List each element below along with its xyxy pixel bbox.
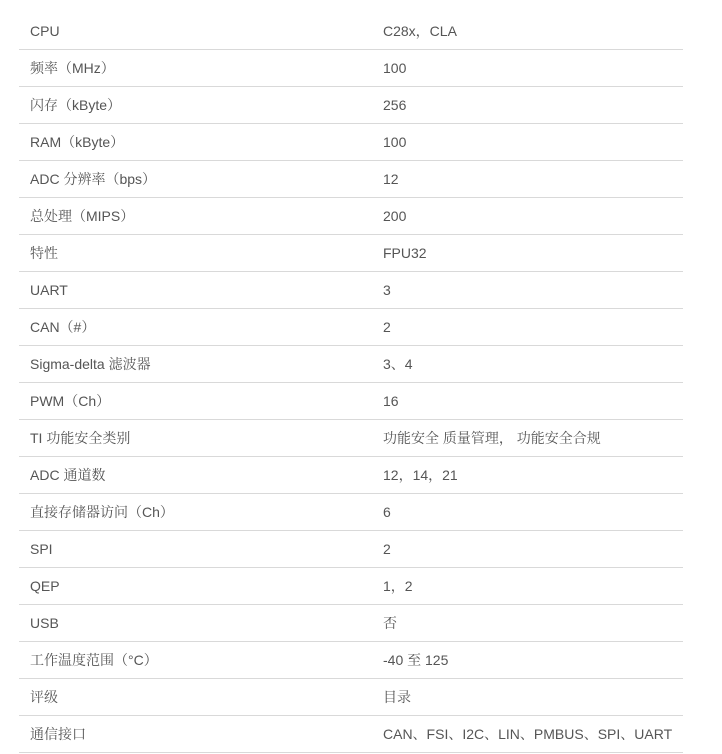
spec-row-can: CAN（#） 2 bbox=[19, 309, 683, 346]
spec-row-features: 特性 FPU32 bbox=[19, 235, 683, 272]
spec-row-usb: USB 否 bbox=[19, 605, 683, 642]
spec-value: 16 bbox=[383, 393, 683, 409]
spec-value: FPU32 bbox=[383, 245, 683, 261]
spec-label: 总处理（MIPS） bbox=[19, 206, 383, 226]
spec-row-uart: UART 3 bbox=[19, 272, 683, 309]
specs-table: CPU C28x，CLA 频率（MHz） 100 闪存（kByte） 256 R… bbox=[19, 0, 683, 753]
spec-row-dma: 直接存储器访问（Ch） 6 bbox=[19, 494, 683, 531]
spec-label: USB bbox=[19, 615, 383, 631]
spec-label: 直接存储器访问（Ch） bbox=[19, 502, 383, 522]
spec-row-ram: RAM（kByte） 100 bbox=[19, 124, 683, 161]
spec-value: CAN、FSI、I2C、LIN、PMBUS、SPI、UART bbox=[383, 724, 683, 744]
spec-value: 100 bbox=[383, 60, 683, 76]
spec-label: Sigma-delta 滤波器 bbox=[19, 354, 383, 374]
spec-row-adc-channels: ADC 通道数 12，14，21 bbox=[19, 457, 683, 494]
spec-value: 否 bbox=[383, 613, 683, 633]
spec-row-qep: QEP 1，2 bbox=[19, 568, 683, 605]
spec-row-cpu: CPU C28x，CLA bbox=[19, 13, 683, 50]
spec-value: 功能安全 质量管理， 功能安全合规 bbox=[383, 428, 683, 448]
spec-value: 2 bbox=[383, 319, 683, 335]
spec-label: PWM（Ch） bbox=[19, 391, 383, 411]
spec-label: ADC 通道数 bbox=[19, 465, 383, 485]
spec-row-flash: 闪存（kByte） 256 bbox=[19, 87, 683, 124]
spec-label: SPI bbox=[19, 541, 383, 557]
spec-row-total-processing: 总处理（MIPS） 200 bbox=[19, 198, 683, 235]
spec-value: 200 bbox=[383, 208, 683, 224]
spec-row-ti-functional-safety: TI 功能安全类别 功能安全 质量管理， 功能安全合规 bbox=[19, 420, 683, 457]
spec-label: 频率（MHz） bbox=[19, 58, 383, 78]
spec-label: 闪存（kByte） bbox=[19, 95, 383, 115]
spec-label: TI 功能安全类别 bbox=[19, 428, 383, 448]
spec-row-adc-resolution: ADC 分辨率（bps） 12 bbox=[19, 161, 683, 198]
spec-label: 通信接口 bbox=[19, 724, 383, 744]
spec-label: CAN（#） bbox=[19, 317, 383, 337]
spec-value: 3 bbox=[383, 282, 683, 298]
spec-value: 3、4 bbox=[383, 354, 683, 374]
spec-label: 工作温度范围（°C） bbox=[19, 650, 383, 670]
spec-value: 1，2 bbox=[383, 576, 683, 596]
spec-value: 12，14，21 bbox=[383, 465, 683, 485]
spec-label: ADC 分辨率（bps） bbox=[19, 169, 383, 189]
spec-row-operating-temp: 工作温度范围（°C） -40 至 125 bbox=[19, 642, 683, 679]
spec-value: C28x，CLA bbox=[383, 21, 683, 41]
spec-row-sigma-delta-filter: Sigma-delta 滤波器 3、4 bbox=[19, 346, 683, 383]
spec-label: UART bbox=[19, 282, 383, 298]
spec-value: 100 bbox=[383, 134, 683, 150]
spec-label: QEP bbox=[19, 578, 383, 594]
spec-row-pwm: PWM（Ch） 16 bbox=[19, 383, 683, 420]
spec-value: -40 至 125 bbox=[383, 650, 683, 670]
spec-label: CPU bbox=[19, 23, 383, 39]
spec-row-communication-interfaces: 通信接口 CAN、FSI、I2C、LIN、PMBUS、SPI、UART bbox=[19, 716, 683, 753]
spec-value: 2 bbox=[383, 541, 683, 557]
spec-row-spi: SPI 2 bbox=[19, 531, 683, 568]
spec-label: RAM（kByte） bbox=[19, 132, 383, 152]
spec-label: 特性 bbox=[19, 243, 383, 263]
spec-row-rating: 评级 目录 bbox=[19, 679, 683, 716]
spec-value: 6 bbox=[383, 504, 683, 520]
spec-row-frequency: 频率（MHz） 100 bbox=[19, 50, 683, 87]
spec-value: 12 bbox=[383, 171, 683, 187]
spec-value: 目录 bbox=[383, 687, 683, 707]
spec-value: 256 bbox=[383, 97, 683, 113]
spec-label: 评级 bbox=[19, 687, 383, 707]
